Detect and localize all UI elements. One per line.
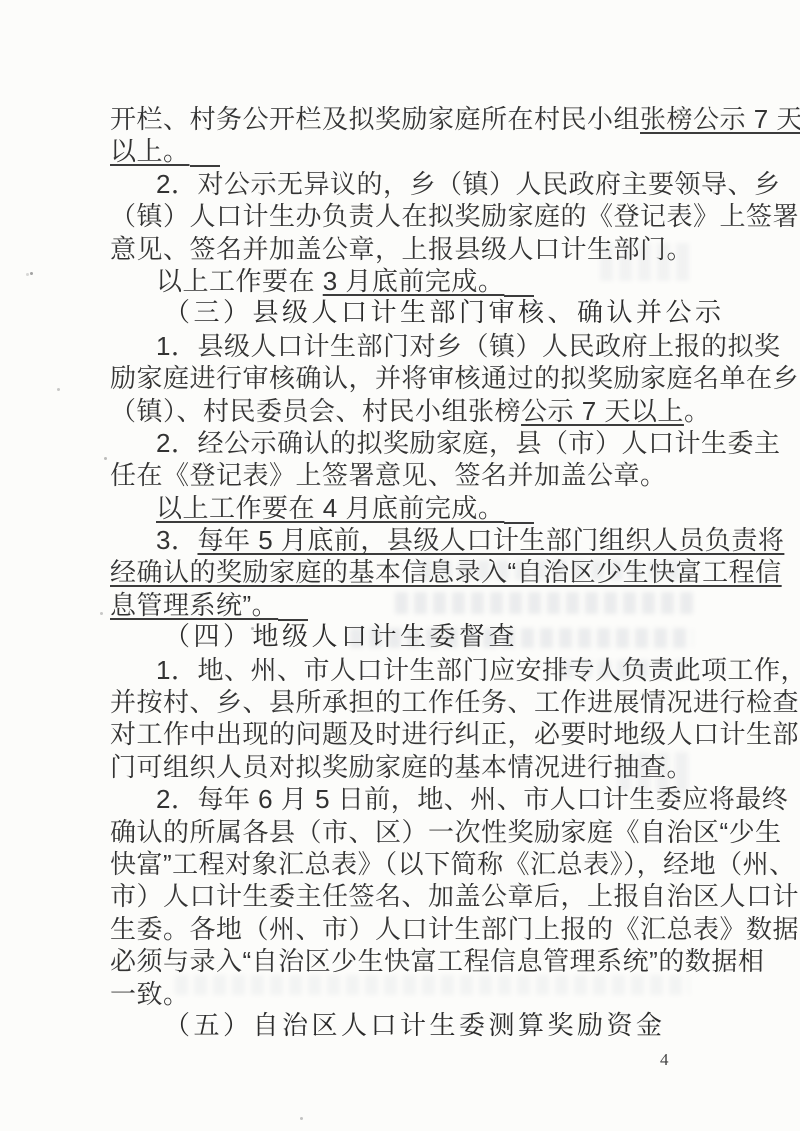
text-segment: 快富”工程对象汇总表》（以下简称《汇总表》），经地（州、 [110, 849, 796, 879]
text-segment: （镇）、村民委员会、村民小组张榜 [110, 396, 521, 426]
text-line: 对工作中出现的问题及时进行纠正，必要时地级人口计生部 [110, 718, 696, 750]
text-line: 2．经公示确认的拟奖励家庭，县（市）人口计生委主 [110, 427, 696, 459]
section-heading: （四）地级人口计生委督查 [110, 621, 696, 653]
underlined-text-segment: 每年 5 月底前，县级人口计生部门组织人员负责将 [197, 525, 784, 555]
text-segment: 一致。 [110, 979, 190, 1009]
text-line: 1．地、州、市人口计生部门应安排专人负责此项工作， [110, 654, 696, 686]
underline-tail [504, 522, 534, 524]
text-line: 励家庭进行审核确认，并将审核通过的拟奖励家庭名单在乡 [110, 362, 696, 394]
text-segment: 意见、签名并加盖公章，上报县级人口计生部门。 [110, 234, 693, 264]
underline-tail [504, 295, 534, 297]
text-line: 市）人口计生委主任签名、加盖公章后，上报自治区人口计 [110, 880, 696, 912]
text-line: 快富”工程对象汇总表》（以下简称《汇总表》），经地（州、 [110, 848, 696, 880]
text-line: （镇）人口计生办负责人在拟奖励家庭的《登记表》上签署 [110, 200, 696, 232]
text-line: 2．对公示无异议的，乡（镇）人民政府主要领导、乡 [110, 168, 696, 200]
text-segment: 2．经公示确认的拟奖励家庭，县（市）人口计生委主 [156, 428, 780, 458]
underline-tail [190, 165, 220, 167]
text-segment: 。 [684, 396, 711, 426]
scan-speckles [0, 0, 3, 3]
underlined-text-segment: 息管理系统”。 [110, 590, 308, 620]
section-heading: （五）自治区人口计生委测算奖励资金 [110, 1010, 696, 1042]
underlined-text-segment: 经确认的奖励家庭的基本信息录入“自治区少生快富工程信 [110, 557, 782, 587]
text-line: 一致。 [110, 978, 696, 1010]
text-line: 必须与录入“自治区少生快富工程信息管理系统”的数据相 [110, 945, 696, 977]
page-number: 4 [660, 1050, 669, 1070]
scanned-document-page: 开栏、村务公开栏及拟奖励家庭所在村民小组张榜公示 7 天以上。2．对公示无异议的… [0, 0, 800, 1131]
text-segment: 任在《登记表》上签署意见、签名并加盖公章。 [110, 460, 667, 490]
text-segment: 2．对公示无异议的，乡（镇）人民政府主要领导、乡 [156, 169, 780, 199]
text-line: 开栏、村务公开栏及拟奖励家庭所在村民小组张榜公示 7 天 [110, 103, 696, 135]
text-segment: （镇）人口计生办负责人在拟奖励家庭的《登记表》上签署 [110, 201, 799, 231]
section-heading: （三）县级人口计生部门审核、确认并公示 [110, 297, 696, 329]
text-segment: 确认的所属各县（市、区）一次性奖励家庭《自治区“少生 [110, 817, 782, 847]
text-line: 以上工作要在 4 月底前完成。 [110, 492, 696, 524]
text-segment: 并按村、乡、县所承担的工作任务、工作进展情况进行检查， [110, 687, 800, 717]
text-line: 3．每年 5 月底前，县级人口计生部门组织人员负责将 [110, 524, 696, 556]
text-segment: 必须与录入“自治区少生快富工程信息管理系统”的数据相 [110, 946, 764, 976]
underlined-text-segment: 3 月底前完成。 [323, 266, 535, 296]
text-segment: 1．地、州、市人口计生部门应安排专人负责此项工作， [156, 655, 800, 685]
text-segment: 励家庭进行审核确认，并将审核通过的拟奖励家庭名单在乡 [110, 363, 799, 393]
text-segment: （四）地级人口计生委督查 [164, 622, 518, 651]
text-line: 并按村、乡、县所承担的工作任务、工作进展情况进行检查， [110, 686, 696, 718]
document-body-text: 开栏、村务公开栏及拟奖励家庭所在村民小组张榜公示 7 天以上。2．对公示无异议的… [110, 103, 696, 1042]
text-segment: 门可组织人员对拟奖励家庭的基本情况进行抽查。 [110, 752, 693, 782]
text-line: 生委。各地（州、市）人口计生部门上报的《汇总表》数据 [110, 913, 696, 945]
underline-tail [278, 619, 308, 621]
text-line: 1．县级人口计生部门对乡（镇）人民政府上报的拟奖 [110, 330, 696, 362]
text-line: 以上。 [110, 135, 696, 167]
underlined-text-segment: 以上。 [110, 136, 220, 166]
underlined-text-segment: 以上工作要在 4 月底前完成。 [156, 493, 534, 523]
text-segment: 2．每年 6 月 5 日前，地、州、市人口计生委应将最终 [156, 784, 788, 814]
text-segment: 开栏、村务公开栏及拟奖励家庭所在村民小组 [110, 104, 640, 134]
underlined-text-segment: 张榜公示 7 天 [640, 104, 800, 134]
text-line: 以上工作要在 3 月底前完成。 [110, 265, 696, 297]
text-line: 经确认的奖励家庭的基本信息录入“自治区少生快富工程信 [110, 556, 696, 588]
text-segment: （五）自治区人口计生委测算奖励资金 [164, 1011, 666, 1040]
underlined-text-segment: 公示 7 天以上 [521, 396, 684, 426]
text-line: 息管理系统”。 [110, 589, 696, 621]
text-segment: 以上工作要在 [156, 266, 323, 296]
text-segment: （三）县级人口计生部门审核、确认并公示 [164, 298, 725, 327]
text-segment: 生委。各地（州、市）人口计生部门上报的《汇总表》数据 [110, 914, 799, 944]
text-line: 意见、签名并加盖公章，上报县级人口计生部门。 [110, 233, 696, 265]
text-line: 确认的所属各县（市、区）一次性奖励家庭《自治区“少生 [110, 816, 696, 848]
text-line: （镇）、村民委员会、村民小组张榜公示 7 天以上。 [110, 395, 696, 427]
text-segment: 3． [156, 525, 197, 555]
text-segment: 对工作中出现的问题及时进行纠正，必要时地级人口计生部 [110, 719, 799, 749]
text-line: 2．每年 6 月 5 日前，地、州、市人口计生委应将最终 [110, 783, 696, 815]
text-line: 任在《登记表》上签署意见、签名并加盖公章。 [110, 459, 696, 491]
text-segment: 1．县级人口计生部门对乡（镇）人民政府上报的拟奖 [156, 331, 780, 361]
text-line: 门可组织人员对拟奖励家庭的基本情况进行抽查。 [110, 751, 696, 783]
text-segment: 市）人口计生委主任签名、加盖公章后，上报自治区人口计 [110, 881, 799, 911]
